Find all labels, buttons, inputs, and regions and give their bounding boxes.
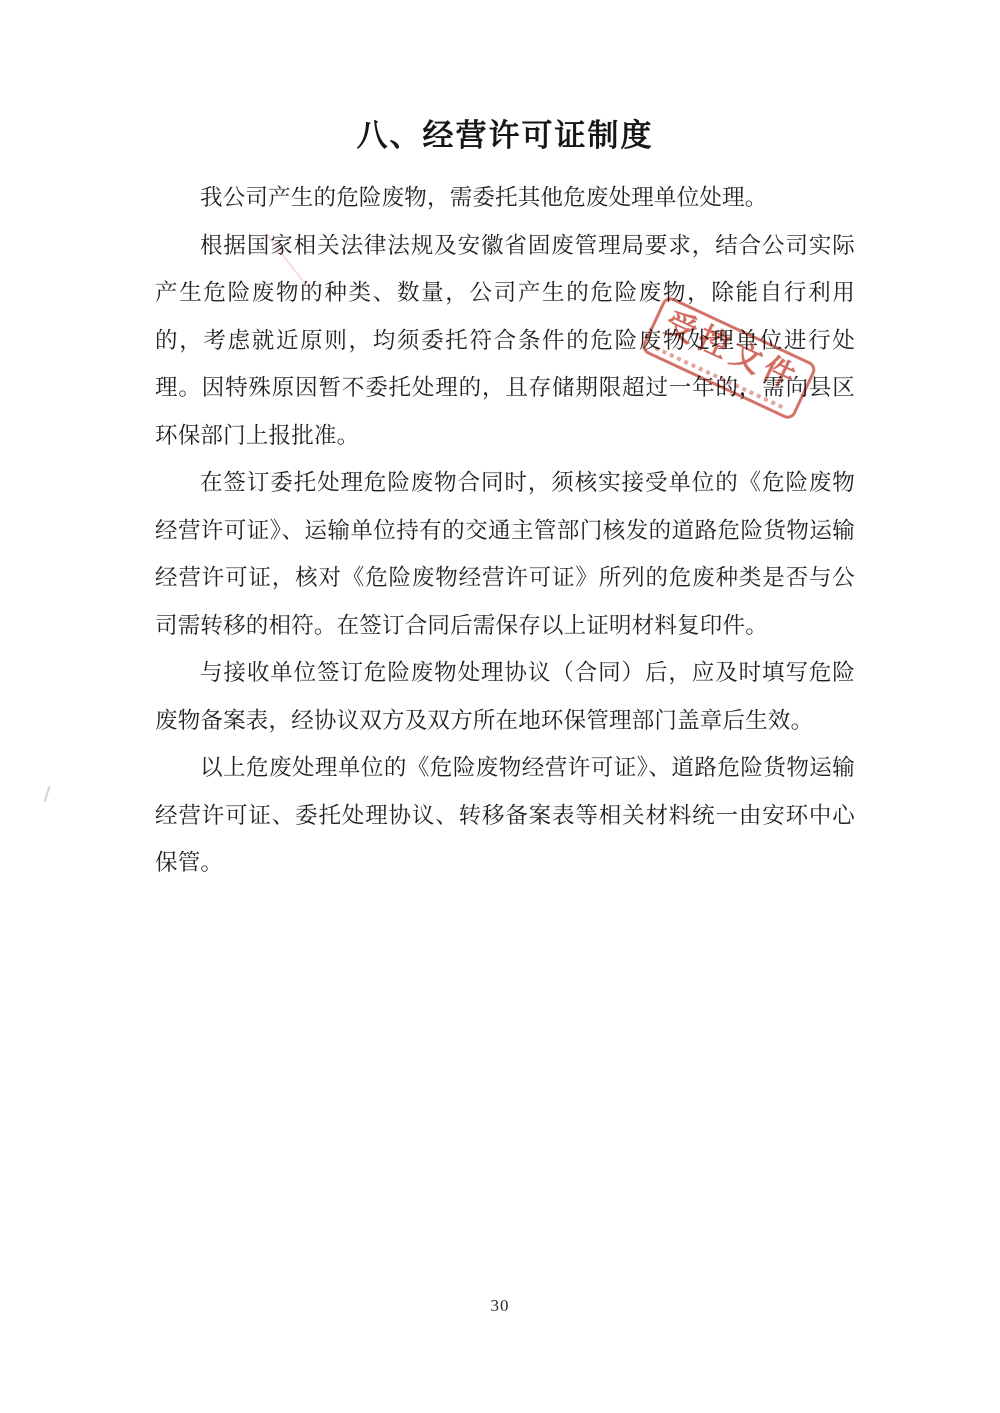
paragraph-4: 与接收单位签订危险废物处理协议（合同）后，应及时填写危险废物备案表，经协议双方及…	[155, 649, 855, 744]
document-page: 八、经营许可证制度 我公司产生的危险废物，需委托其他危废处理单位处理。 根据国家…	[0, 0, 1000, 1413]
page-number: 30	[0, 1296, 1000, 1316]
section-title: 八、经营许可证制度	[155, 118, 855, 154]
body-text: 我公司产生的危险废物，需委托其他危废处理单位处理。 根据国家相关法律法规及安徽省…	[155, 174, 855, 887]
paragraph-3: 在签订委托处理危险废物合同时，须核实接受单位的《危险废物经营许可证》、运输单位持…	[155, 459, 855, 649]
scan-artifact-slash	[44, 786, 51, 802]
paragraph-5: 以上危废处理单位的《危险废物经营许可证》、道路危险货物运输经营许可证、委托处理协…	[155, 744, 855, 887]
page-content: 八、经营许可证制度 我公司产生的危险废物，需委托其他危废处理单位处理。 根据国家…	[155, 118, 855, 887]
paragraph-1: 我公司产生的危险废物，需委托其他危废处理单位处理。	[155, 174, 855, 222]
